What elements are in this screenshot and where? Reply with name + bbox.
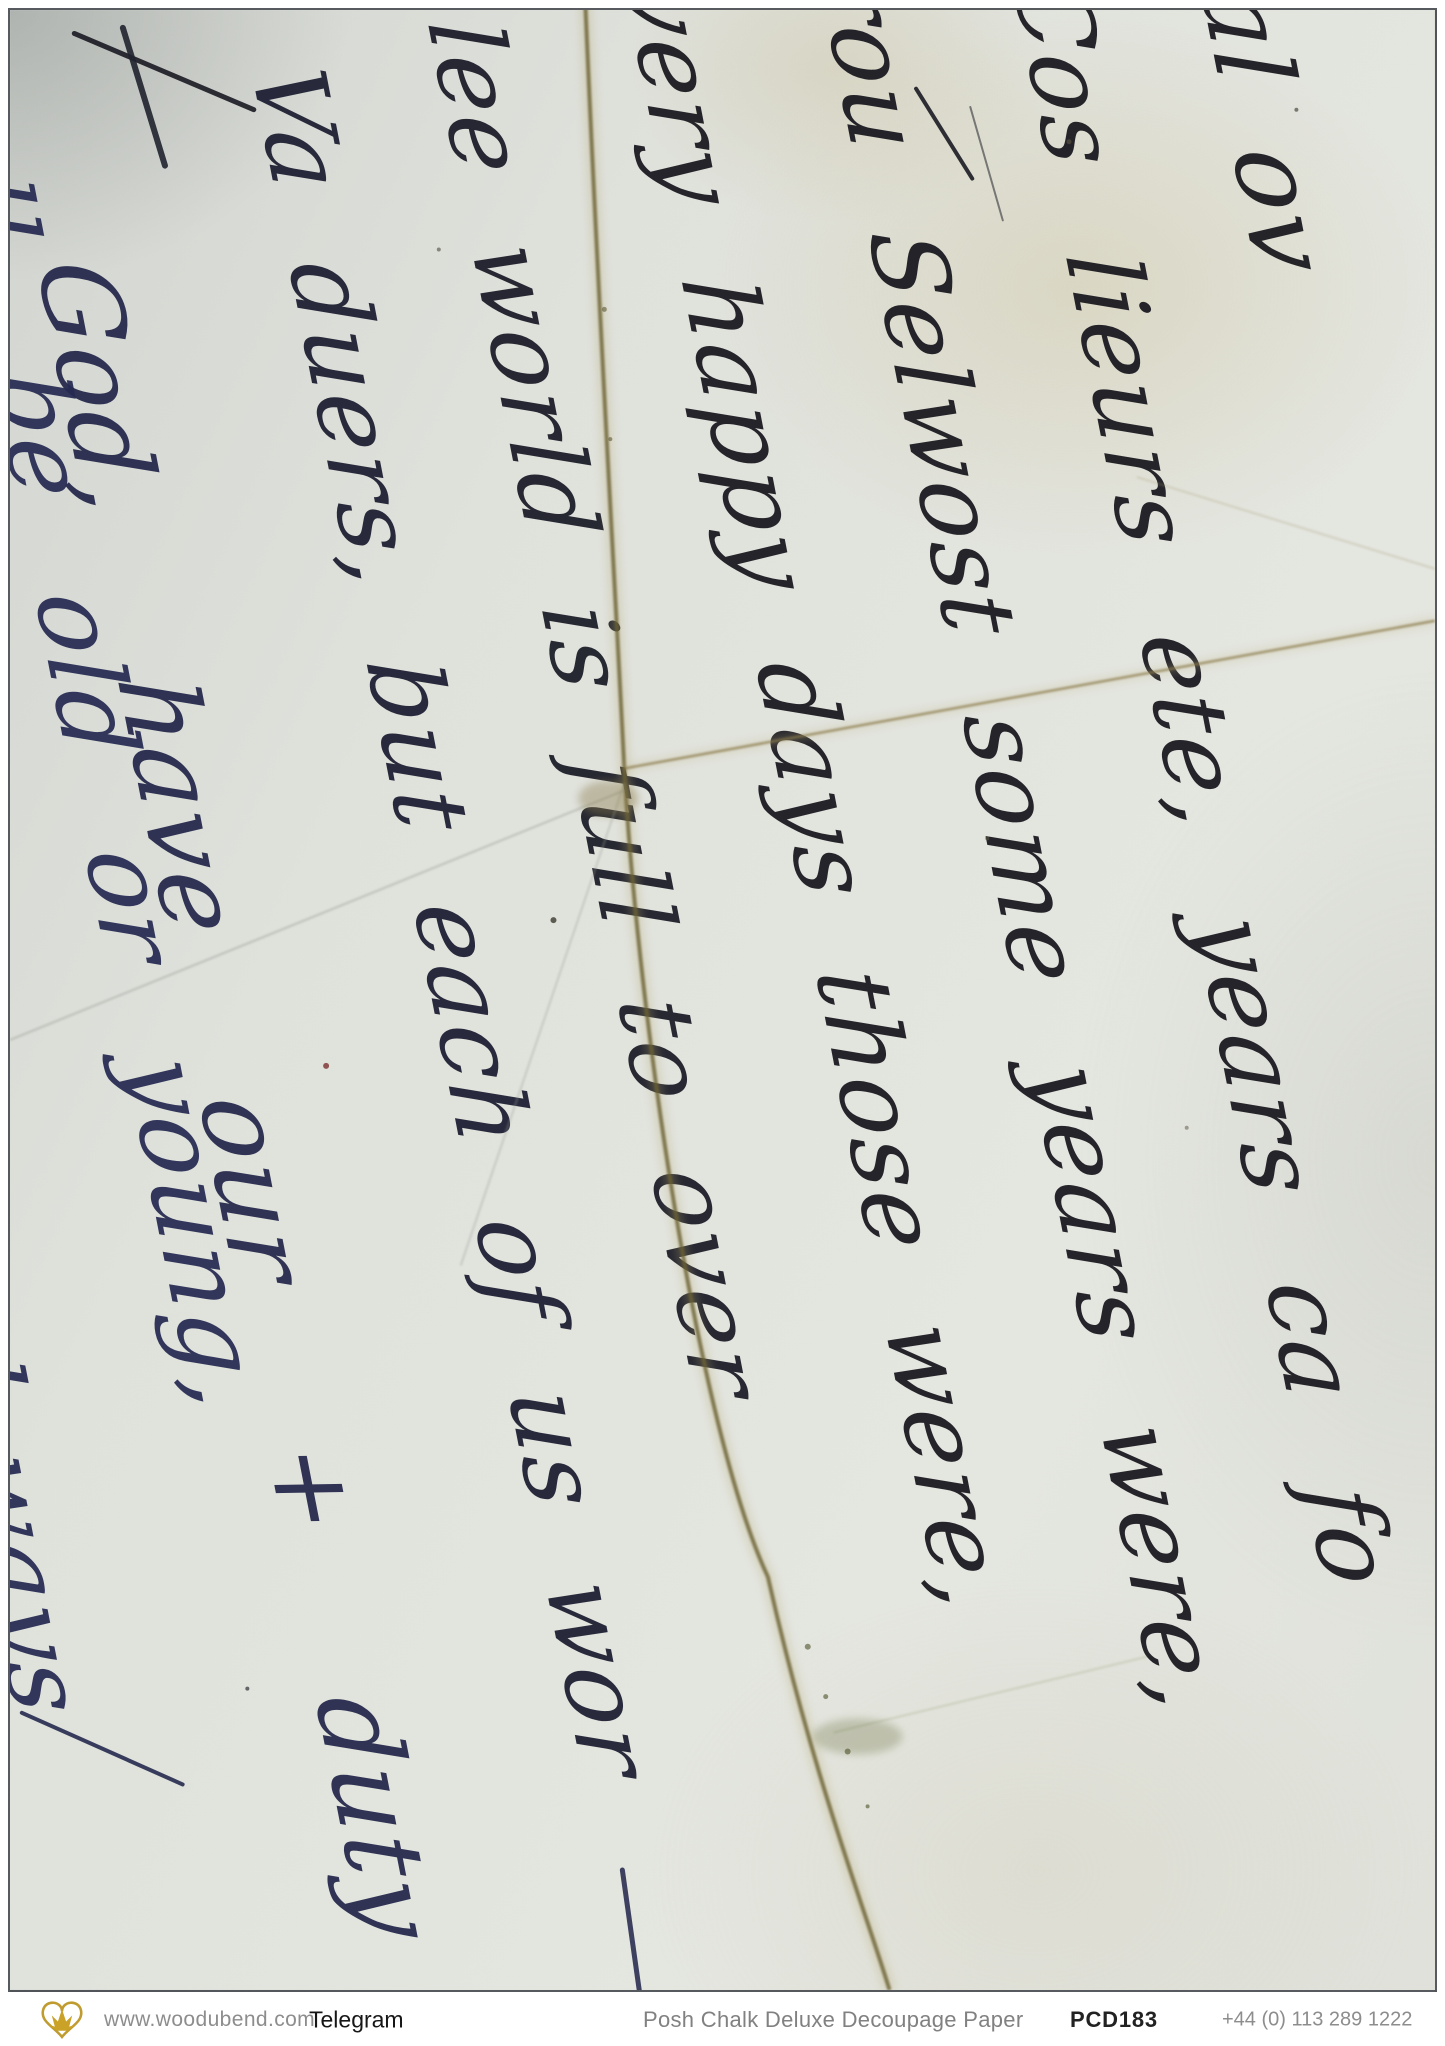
product-sku: PCD183 bbox=[1070, 2007, 1158, 2033]
footer-bar: www.woodubend.com Telegram Posh Chalk De… bbox=[0, 1993, 1445, 2046]
design-name: Telegram bbox=[309, 2006, 404, 2033]
letter-photo: al ovCos lieurs ete, years ca forou Selw… bbox=[8, 8, 1437, 1992]
product-line: Posh Chalk Deluxe Decoupage Paper bbox=[643, 2007, 1023, 2033]
woodubend-logo-icon bbox=[36, 1998, 88, 2040]
fold-creases bbox=[10, 10, 1435, 1990]
footer-phone: +44 (0) 113 289 1222 bbox=[1222, 2008, 1412, 2031]
footer-website: www.woodubend.com bbox=[104, 2008, 315, 2032]
